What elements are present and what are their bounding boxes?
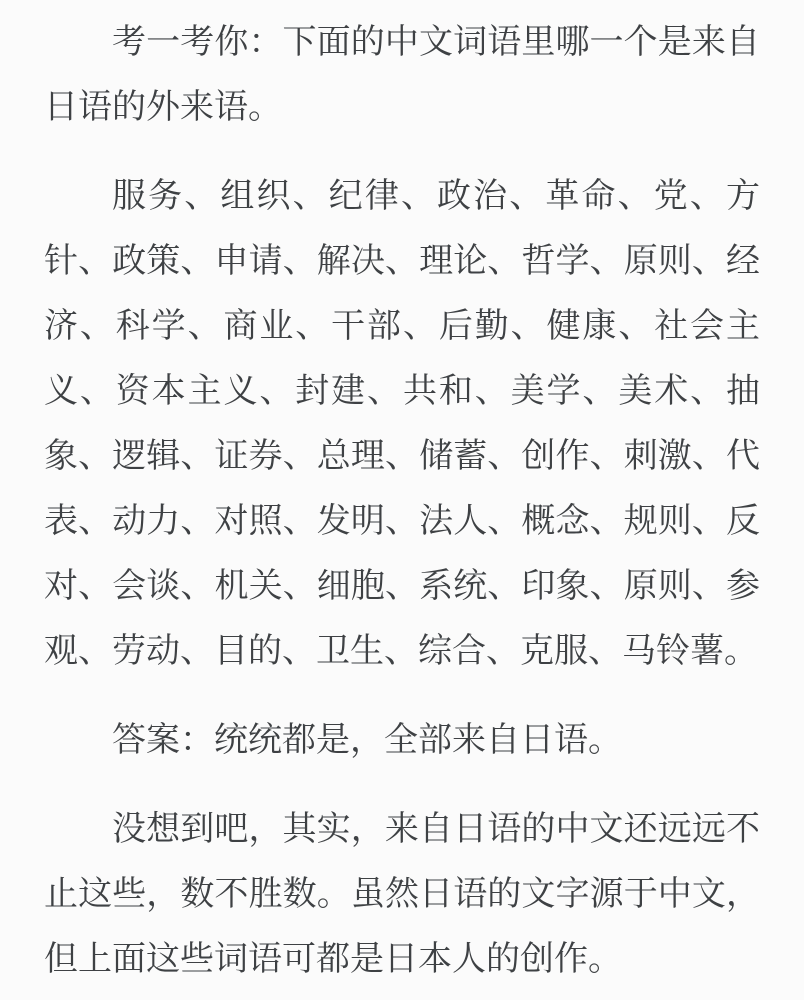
text-line: 表、动力、对照、发明、法人、概念、规则、反 [44, 489, 760, 554]
text-line: 日语的外来语。 [44, 75, 760, 140]
text-line: 但上面这些词语可都是日本人的创作。 [44, 927, 760, 992]
text-line: 答案：统统都是，全部来自日语。 [44, 708, 760, 773]
text-line: 观、劳动、目的、卫生、综合、克服、马铃薯。 [44, 619, 760, 684]
paragraph-answer: 答案：统统都是，全部来自日语。 [44, 708, 760, 773]
text-line: 对、会谈、机关、细胞、系统、印象、原则、参 [44, 554, 760, 619]
document-page: 考一考你：下面的中文词语里哪一个是来自 日语的外来语。 服务、组织、纪律、政治、… [0, 0, 804, 1000]
paragraph-explanation: 没想到吧，其实，来自日语的中文还远远不 止这些，数不胜数。虽然日语的文字源于中文… [44, 797, 760, 992]
text-line: 没想到吧，其实，来自日语的中文还远远不 [44, 797, 760, 862]
paragraph-quiz-question: 考一考你：下面的中文词语里哪一个是来自 日语的外来语。 [44, 10, 760, 140]
text-line: 象、逻辑、证券、总理、储蓄、创作、刺激、代 [44, 424, 760, 489]
text-line: 考一考你：下面的中文词语里哪一个是来自 [44, 10, 760, 75]
text-line: 止这些，数不胜数。虽然日语的文字源于中文， [44, 862, 760, 927]
text-line: 义、资本主义、封建、共和、美学、美术、抽 [44, 359, 760, 424]
paragraph-word-list: 服务、组织、纪律、政治、革命、党、方 针、政策、申请、解决、理论、哲学、原则、经… [44, 164, 760, 684]
text-line: 服务、组织、纪律、政治、革命、党、方 [44, 164, 760, 229]
text-line: 针、政策、申请、解决、理论、哲学、原则、经 [44, 229, 760, 294]
text-line: 济、科学、商业、干部、后勤、健康、社会主 [44, 294, 760, 359]
